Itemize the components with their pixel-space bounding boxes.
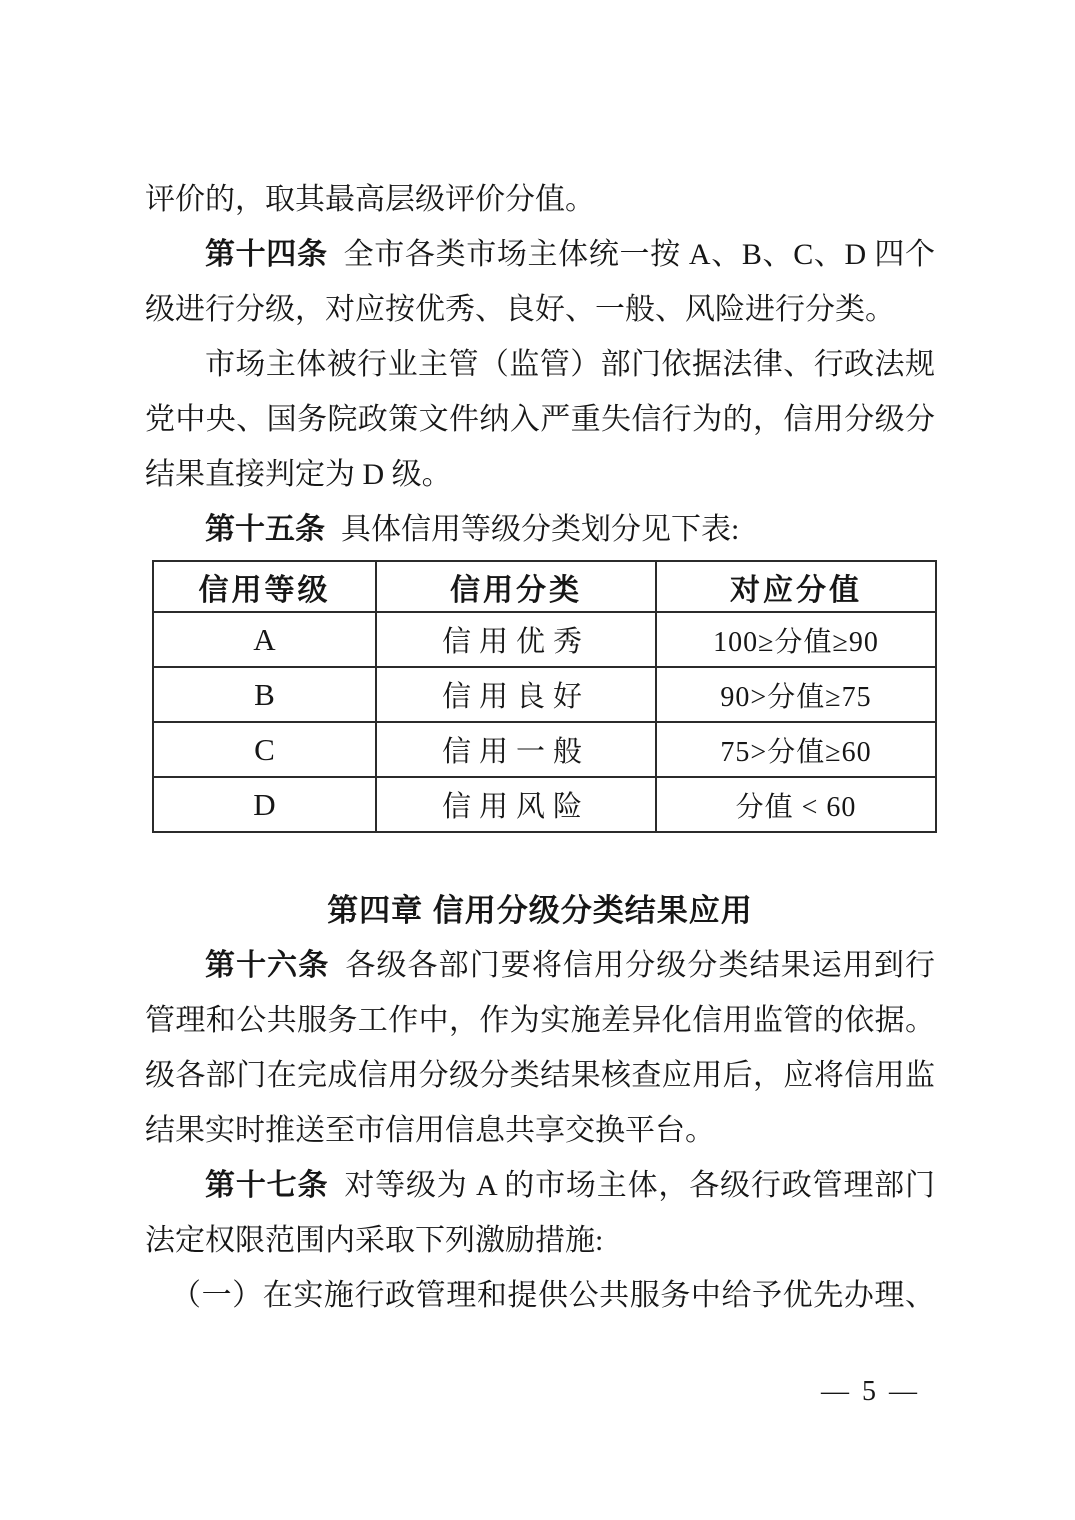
market-paragraph-line-1: 市场主体被行业主管（监管）部门依据法律、行政法规或 [145, 337, 935, 392]
chapter-4-heading: 第四章 信用分级分类结果应用 [145, 883, 935, 938]
article-16-label: 第十六条 [205, 949, 329, 982]
cell-grade: A [153, 612, 376, 667]
incentive-item-1-line: （一）在实施行政管理和提供公共服务中给予优先办理、信 [145, 1268, 935, 1323]
document-body: 评价的，取其最高层级评价分值。 第十四条全市各类市场主体统一按 A、B、C、D … [145, 0, 935, 1323]
article-16-line-4: 结果实时推送至市信用信息共享交换平台。 [145, 1103, 935, 1158]
cell-category: 信用优秀 [376, 612, 656, 667]
cell-category: 信用一般 [376, 722, 656, 777]
article-16-line-1: 第十六条各级各部门要将信用分级分类结果运用到行政 [145, 938, 935, 993]
article-15-line-1: 第十五条具体信用等级分类划分见下表: [145, 502, 935, 557]
credit-grade-table: 信用等级 信用分类 对应分值 A 信用优秀 100≥分值≥90 B 信用良好 9… [152, 560, 937, 833]
page-number: — 5 — [821, 1372, 920, 1412]
table-row-grade-c: C 信用一般 75>分值≥60 [153, 722, 936, 777]
article-17-line-2: 法定权限范围内采取下列激励措施: [145, 1213, 935, 1268]
document-page: 评价的，取其最高层级评价分值。 第十四条全市各类市场主体统一按 A、B、C、D … [0, 0, 1075, 1520]
header-cell-credit-category: 信用分类 [376, 561, 656, 612]
cell-score: 75>分值≥60 [656, 722, 936, 777]
cell-category: 信用风险 [376, 777, 656, 832]
article-14-line-1: 第十四条全市各类市场主体统一按 A、B、C、D 四个等 [145, 227, 935, 282]
article-17-line-1: 第十七条对等级为 A 的市场主体，各级行政管理部门在 [145, 1158, 935, 1213]
header-cell-credit-grade: 信用等级 [153, 561, 376, 612]
table-row-grade-a: A 信用优秀 100≥分值≥90 [153, 612, 936, 667]
table-row-grade-d: D 信用风险 分值 < 60 [153, 777, 936, 832]
header-cell-score-range: 对应分值 [656, 561, 936, 612]
article-15-label: 第十五条 [205, 513, 325, 546]
cell-score: 90>分值≥75 [656, 667, 936, 722]
table-header-row: 信用等级 信用分类 对应分值 [153, 561, 936, 612]
cell-grade: C [153, 722, 376, 777]
article-14-line-2: 级进行分级，对应按优秀、良好、一般、风险进行分类。 [145, 282, 935, 337]
cell-category: 信用良好 [376, 667, 656, 722]
cell-grade: B [153, 667, 376, 722]
top-margin [145, 0, 935, 172]
market-paragraph-line-3: 结果直接判定为 D 级。 [145, 447, 935, 502]
article-16-line-2: 管理和公共服务工作中，作为实施差异化信用监管的依据。各 [145, 993, 935, 1048]
cell-grade: D [153, 777, 376, 832]
article-15-text: 具体信用等级分类划分见下表: [341, 513, 739, 546]
article-17-label: 第十七条 [205, 1169, 328, 1202]
cell-score: 100≥分值≥90 [656, 612, 936, 667]
cell-score: 分值 < 60 [656, 777, 936, 832]
table-row-grade-b: B 信用良好 90>分值≥75 [153, 667, 936, 722]
article-14-label: 第十四条 [205, 238, 328, 271]
article-16-line-3: 级各部门在完成信用分级分类结果核查应用后，应将信用监管 [145, 1048, 935, 1103]
market-paragraph-line-2: 党中央、国务院政策文件纳入严重失信行为的，信用分级分类 [145, 392, 935, 447]
continuation-line: 评价的，取其最高层级评价分值。 [145, 172, 935, 227]
